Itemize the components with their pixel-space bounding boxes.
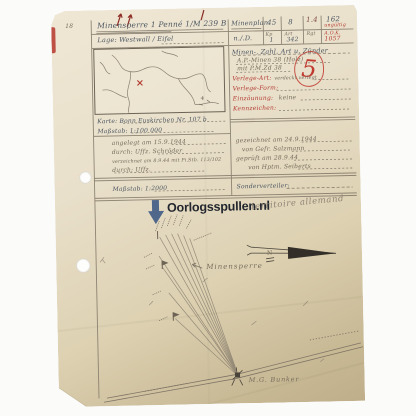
- watermark-arrow-icon: [148, 200, 164, 224]
- document-page: 18 Minensperre 1 Penné 1/M 239 B Minenpl…: [51, 5, 365, 407]
- karte-line: Karte: Bonn Euskirchen Nr. 107 b: [97, 116, 207, 125]
- plan-label: Minenplan: [231, 19, 268, 28]
- mine-fan-lines: [159, 232, 239, 378]
- north-arrow-icon: [247, 243, 336, 262]
- punch-hole: [79, 171, 91, 183]
- fan-annotation-squiggles: [143, 214, 213, 321]
- sperre-title: Minensperre 1 Penné 1/M 239 B: [97, 19, 227, 31]
- pencil-note-french: territoire allemand: [251, 194, 345, 212]
- verlege-art-label: Verlege-Art:: [232, 75, 271, 83]
- bunker-label: M.G. Bunker: [249, 375, 300, 384]
- durch-line-2: durch: Uffz.: [112, 166, 151, 174]
- plan-number-3: 1.4: [306, 16, 318, 24]
- verzeichnet-line: verzeichnet am 8.9.44 mit Pi.Stb. 113/10…: [112, 157, 221, 165]
- red-edge-mark: [51, 27, 56, 53]
- geprueft-line: geprüft am 28.9.44: [236, 154, 298, 162]
- verlege-art-value: verdeckt verlegt: [274, 75, 317, 81]
- punch-hole: [76, 258, 90, 272]
- header-red-note: ungültig: [324, 22, 346, 28]
- lage-line: Lage: Westwall / Eifel: [97, 35, 173, 45]
- nd-label: n./.D.: [233, 34, 252, 42]
- fan-flag-markers: [158, 231, 179, 321]
- gezeichnet-line: gezeichnet am 24.9.1944: [236, 136, 317, 145]
- angelegt-line: angelegt am 15.9.1944: [112, 138, 187, 147]
- art-value: 342: [286, 36, 298, 43]
- minensperre-label: Minensperre: [206, 262, 263, 271]
- map-inset: [94, 47, 225, 115]
- mine-fuze-line: mit P.M.Zd 38: [237, 64, 282, 72]
- einzaunung-value: keine: [279, 94, 297, 101]
- north-label: N: [267, 250, 273, 257]
- von-line-2: von Hptm. Seiberts: [248, 163, 311, 171]
- massstab2-line: Maßstab: 1:2000: [113, 185, 168, 193]
- page-number: 18: [65, 23, 73, 30]
- minensperre-pointer: [192, 263, 202, 268]
- einzaunung-label: Einzäunung:: [233, 95, 274, 103]
- photo-background: 18 Minensperre 1 Penné 1/M 239 B Minenpl…: [0, 0, 416, 416]
- plan-number-1: 45: [267, 19, 276, 27]
- kp-value: 1: [269, 37, 273, 44]
- massstab-line: Maßstab: 1:100 000: [97, 127, 162, 135]
- mine-type-line: A.P.-Minen 38 (Holz): [237, 56, 304, 64]
- unit-red-note-bottom: 1057: [324, 35, 340, 42]
- sonderverteiler-label: Sonderverteiler:: [237, 182, 290, 190]
- road-lines: [103, 343, 364, 402]
- plan-number-2: 8: [288, 18, 293, 26]
- von-line-1: von Gefr. Salzmann: [242, 145, 305, 153]
- bunker-symbol: [231, 367, 242, 385]
- rgt-label: Rgt: [306, 31, 315, 37]
- kennzeichen-label: Kennzeichen:: [233, 105, 276, 113]
- durch-line-1: durch: Uffz. Schröder: [112, 148, 183, 156]
- verlege-form-label: Verlege-Form:: [232, 85, 278, 93]
- map-red-mark: [137, 80, 142, 85]
